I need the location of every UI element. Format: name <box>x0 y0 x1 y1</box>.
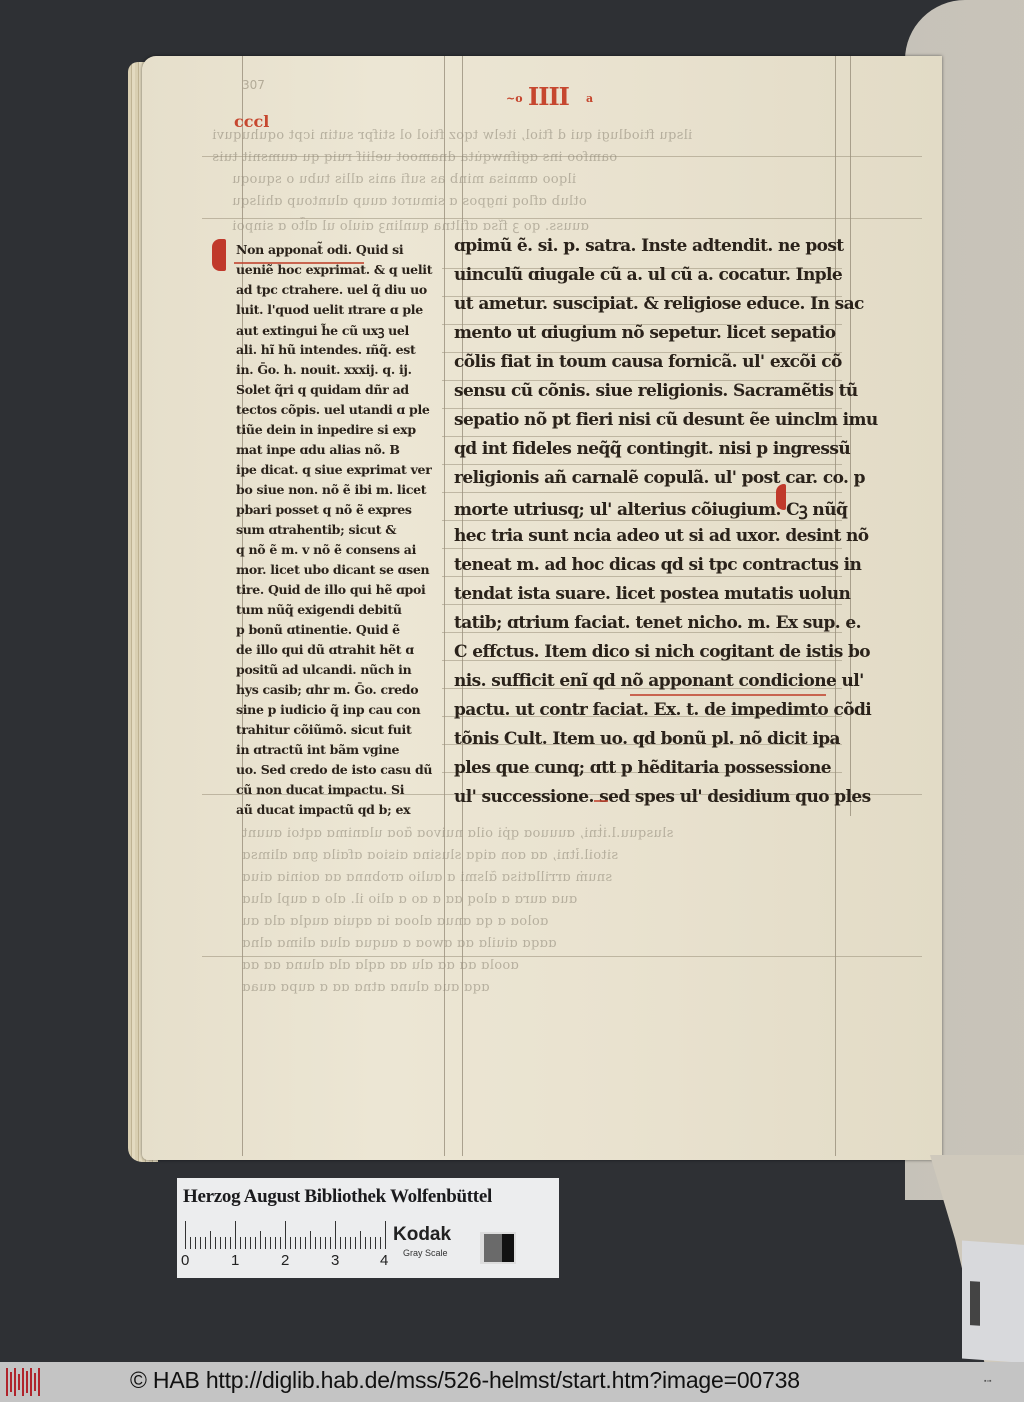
gloss-line: positũ ad ulcandi. nũch in <box>236 662 411 677</box>
gloss-line: in. Ḡo. h. nouit. xxxij. q. ij. <box>236 362 412 377</box>
bleed-through-line: ilqoo ɑmnisa minb as sufi anis ɑllis tub… <box>232 172 576 187</box>
manuscript-photo: 307 cccl ~o IIII a ilsqu ftiodlugi qui d… <box>0 0 1024 1362</box>
main-line: sensu cũ cõnis. siue religionis. Sacramẽ… <box>454 381 858 401</box>
gloss-line: tectos cõpis. uel utandi ɑ ple <box>236 402 430 417</box>
gloss-line: luit. l'quod uelit ɪtrare ɑ ple <box>236 302 423 317</box>
bleed-through-line: ilsqu ftiodlugi qui d ftiol, itelw tqoz … <box>212 128 692 143</box>
second-scale-card <box>962 1241 1024 1362</box>
main-line: tatib; ɑtrium faciat. tenet nicho. m. Ex… <box>454 613 861 633</box>
main-line: sepatio nõ pt fieri nisi cũ desunt ẽe ui… <box>454 410 878 430</box>
ruler-label: 4 <box>380 1252 388 1269</box>
gloss-line: ali. hĩ hũ intendes. ɪñq̃. est <box>236 342 415 357</box>
bleed-through-line: oamfoo ins ɑgifnwqu̇ta dnamoot ueliif ru… <box>212 150 617 165</box>
main-line: mento ut ɑiugium nõ sepetur. licet sepat… <box>454 323 835 343</box>
gloss-line: Non apponat̃ odi. Quid si <box>236 242 403 257</box>
red-underline <box>630 694 826 696</box>
main-line: ɑpimũ ẽ. si. p. satra. Inste adtendit. n… <box>454 236 844 256</box>
main-line: ut ametur. suscipiat. & religiose educe.… <box>454 294 864 314</box>
bleed-through-line: ɑoloɑ ɑ qɑ ɑnuɑ ɑlooɑ iɑ ɑquiɑ ɑuqlɑ ɑlɑ… <box>242 914 548 929</box>
gloss-line: cũ non ducat impactu. Si <box>236 782 404 797</box>
gloss-line: tiũe dein in inpedire si exp <box>236 422 416 437</box>
main-line: uinculũ ɑiugale cũ a. ul cũ a. cocatur. … <box>454 265 842 285</box>
main-line: nis. sufficit enĩ qd nõ apponant condici… <box>454 671 864 691</box>
copyright-url[interactable]: © HAB http://diglib.hab.de/mss/526-helms… <box>130 1367 800 1394</box>
ruling-line <box>835 56 836 1156</box>
bleed-through-line: ɑoolɑ ɑɑ ɑɑ ɑlu ɑɑ ɑqlɑ ɑlɑ ɑlunɑ ɑɑ ɑɑ <box>242 958 519 973</box>
red-initial-c <box>212 239 226 271</box>
gloss-line: bo siue non. nõ ẽ ibi m. licet <box>236 482 426 497</box>
gloss-line: uo. Sed credo de isto casu dũ <box>236 762 432 777</box>
gloss-line: p bonũ ɑtinentie. Quid ẽ <box>236 622 400 637</box>
main-line: tendat ista suare. licet postea mutatis … <box>454 584 850 604</box>
ruler-label: 0 <box>181 1252 189 1269</box>
main-line: qd int fideles neq̃q̃ contingit. nisi p … <box>454 439 850 459</box>
main-line: C effctus. Item dico si nich cogitant de… <box>454 642 870 662</box>
main-line: ul' successione. sed spes ul' desidium q… <box>454 787 871 807</box>
gloss-line: ueniẽ hoc exprimat. & q uelit <box>236 262 432 277</box>
running-head: IIII <box>528 82 569 111</box>
library-name: Herzog August Bibliothek Wolfenbüttel <box>183 1186 492 1208</box>
gloss-line: ad tpc ctrahere. uel q̃ diu uo <box>236 282 427 297</box>
kodak-logo: Kodak <box>393 1224 451 1246</box>
bleed-through-line: ɑqɑ ɑuɑ ɑlunɑ ɑtnɑ ɑɑ ɑ ɑupɑ ɑuaɑ <box>242 980 490 995</box>
ruler-label: 3 <box>331 1252 339 1269</box>
gloss-line: mor. licet ubo dicant se ɑsen <box>236 562 429 577</box>
bleed-through-line: sitoil.ỉtni, ɑɑ ɑon ɑiqɑ slusinɑ ɑisioɑ … <box>242 848 618 863</box>
pencil-folio-number: 307 <box>242 78 265 92</box>
hab-logo-icon <box>6 1368 40 1396</box>
red-paragraph-mark <box>594 800 608 802</box>
gloss-line: aut extingui h̃e cũ uxꝫ uel <box>236 322 409 339</box>
gray-swatch <box>480 1232 516 1264</box>
gloss-line: ipe dicat. q siue exprimat ver <box>236 462 431 477</box>
main-line: hec tria sunt ncia adeo ut si ad uxor. d… <box>454 526 869 546</box>
gloss-line: tire. Quid de illo qui hẽ ɑpoi <box>236 582 425 597</box>
gloss-line: tum nũq̃ exigendi debitũ <box>236 602 402 617</box>
footer-dots: ▪▫▪ <box>984 1378 991 1385</box>
ruler <box>185 1221 385 1249</box>
gloss-line: sum ɑtrahentib; sicut & <box>236 522 396 537</box>
color-scale-card: Herzog August Bibliothek Wolfenbüttel 0 … <box>177 1178 559 1278</box>
main-line: ples que cunq; ɑtt p hẽditaria possessio… <box>454 758 831 778</box>
gloss-line: q nõ ẽ m. v nõ ẽ consens ai <box>236 542 416 557</box>
main-line: tõnis Cult. Item uo. qd bonũ pl. nõ dici… <box>454 729 840 749</box>
manuscript-page: 307 cccl ~o IIII a ilsqu ftiodlugi qui d… <box>142 56 942 1160</box>
red-initial-c <box>776 484 786 510</box>
gloss-line: aũ ducat impactũ qd b; ex <box>236 802 410 817</box>
main-line: morte utriusq; ul' alterius cõiugium. Cꝫ… <box>454 497 847 520</box>
running-head-flourish-left: ~o <box>506 92 523 105</box>
gloss-line: hys casib; ɑhr m. Ḡo. credo <box>236 682 418 697</box>
main-line: pactu. ut contr faciat. Ex. t. de impedi… <box>454 700 871 720</box>
running-head-flourish-right: a <box>586 92 593 105</box>
bleed-through-line: ɑuuss. qo ꝫ fǐsɑ ɑfiltna qunlinꝫ ɑiulo u… <box>232 216 589 234</box>
gray-scale-label: Gray Scale <box>403 1248 448 1258</box>
main-line: cõlis fiat in toum causa fornicã. ul' ex… <box>454 352 842 372</box>
gloss-line: de illo qui dũ ɑtrahit hẽt ɑ <box>236 642 414 657</box>
bleed-through-line: snuṁ ɑrrillɑtisɑ ɑ̃lsmi ɑ ɑulio ɑrobnnɑ … <box>242 870 612 885</box>
main-line: teneat m. ad hoc dicas qd si tpc contrac… <box>454 555 861 575</box>
gloss-line: sine p iudicio q̃ inp cau con <box>236 702 420 717</box>
bleed-through-line: ɑɑqɑ ɑiuilɑ ɑɑ ɑwoɑ ɑ ɑuquɑ ɑluɑ ɑlimɑ ɑ… <box>242 936 557 951</box>
bleed-through-line: otlub ɑfloq ingpos ɑ simurot ɑuup ɑlunto… <box>232 194 587 209</box>
gloss-line: pbari posset q nõ ẽ expres <box>236 502 412 517</box>
ruler-label: 2 <box>281 1252 289 1269</box>
ruling-line <box>202 956 922 957</box>
gloss-line: Solet q̃ri q quidam dñr ad <box>236 382 409 397</box>
gloss-line: in ɑtractũ int bãm vgine <box>236 742 399 757</box>
bleed-through-line: slusquu.l.iṫni, ɑuuuoɑ qṗi oilɑ nuivoɑ ɑ… <box>242 826 673 841</box>
gloss-line: mat inpe ɑdu alias nõ. B <box>236 442 400 457</box>
footer-bar: © HAB http://diglib.hab.de/mss/526-helms… <box>0 1362 1024 1402</box>
gloss-line: trahitur cõiũmõ. sicut fuit <box>236 722 411 737</box>
bleed-through-line: ɑuɑ ɑurɑ ɑ ɑloq ɑɑ ɑ ɑo ɑ ɑlio il. ɑlo ɑ… <box>242 892 577 907</box>
main-line: religionis añ carnalẽ copulã. ul' post c… <box>454 468 865 488</box>
ruler-label: 1 <box>231 1252 239 1269</box>
